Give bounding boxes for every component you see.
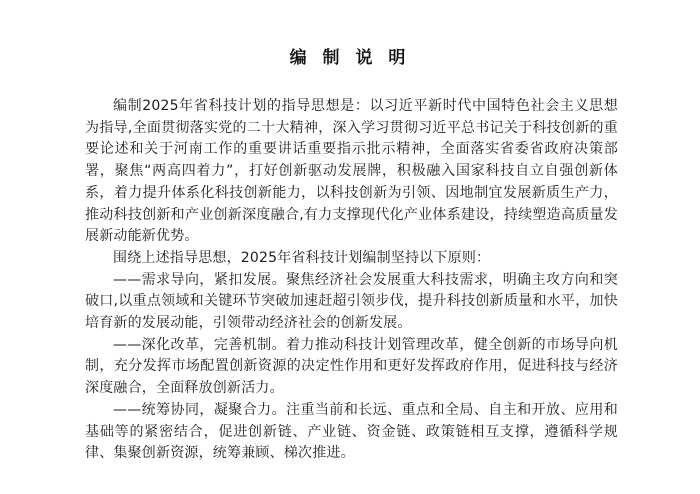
paragraph-principle-deepen-reform: ——深化改革，完善机制。着力推动科技计划管理改革，健全创新的市场导向机制，充分发…	[85, 335, 618, 400]
page-title: 编 制 说 明	[0, 0, 700, 68]
document-page: 编 制 说 明 编制2025年省科技计划的指导思想是：以习近平新时代中国特色社会…	[0, 0, 700, 494]
document-body: 编制2025年省科技计划的指导思想是：以习近平新时代中国特色社会主义思想为指导,…	[85, 96, 618, 465]
paragraph-principle-demand-orientation: ——需求导向，紧扣发展。聚焦经济社会发展重大科技需求，明确主攻方向和突破口,以重…	[85, 270, 618, 335]
paragraph-guiding-ideology: 编制2025年省科技计划的指导思想是：以习近平新时代中国特色社会主义思想为指导,…	[85, 96, 618, 248]
paragraph-principles-intro: 围绕上述指导思想，2025年省科技计划编制坚持以下原则：	[85, 248, 618, 270]
paragraph-principle-coordination: ——统筹协同，凝聚合力。注重当前和长远、重点和全局、自主和开放、应用和基础等的紧…	[85, 400, 618, 465]
